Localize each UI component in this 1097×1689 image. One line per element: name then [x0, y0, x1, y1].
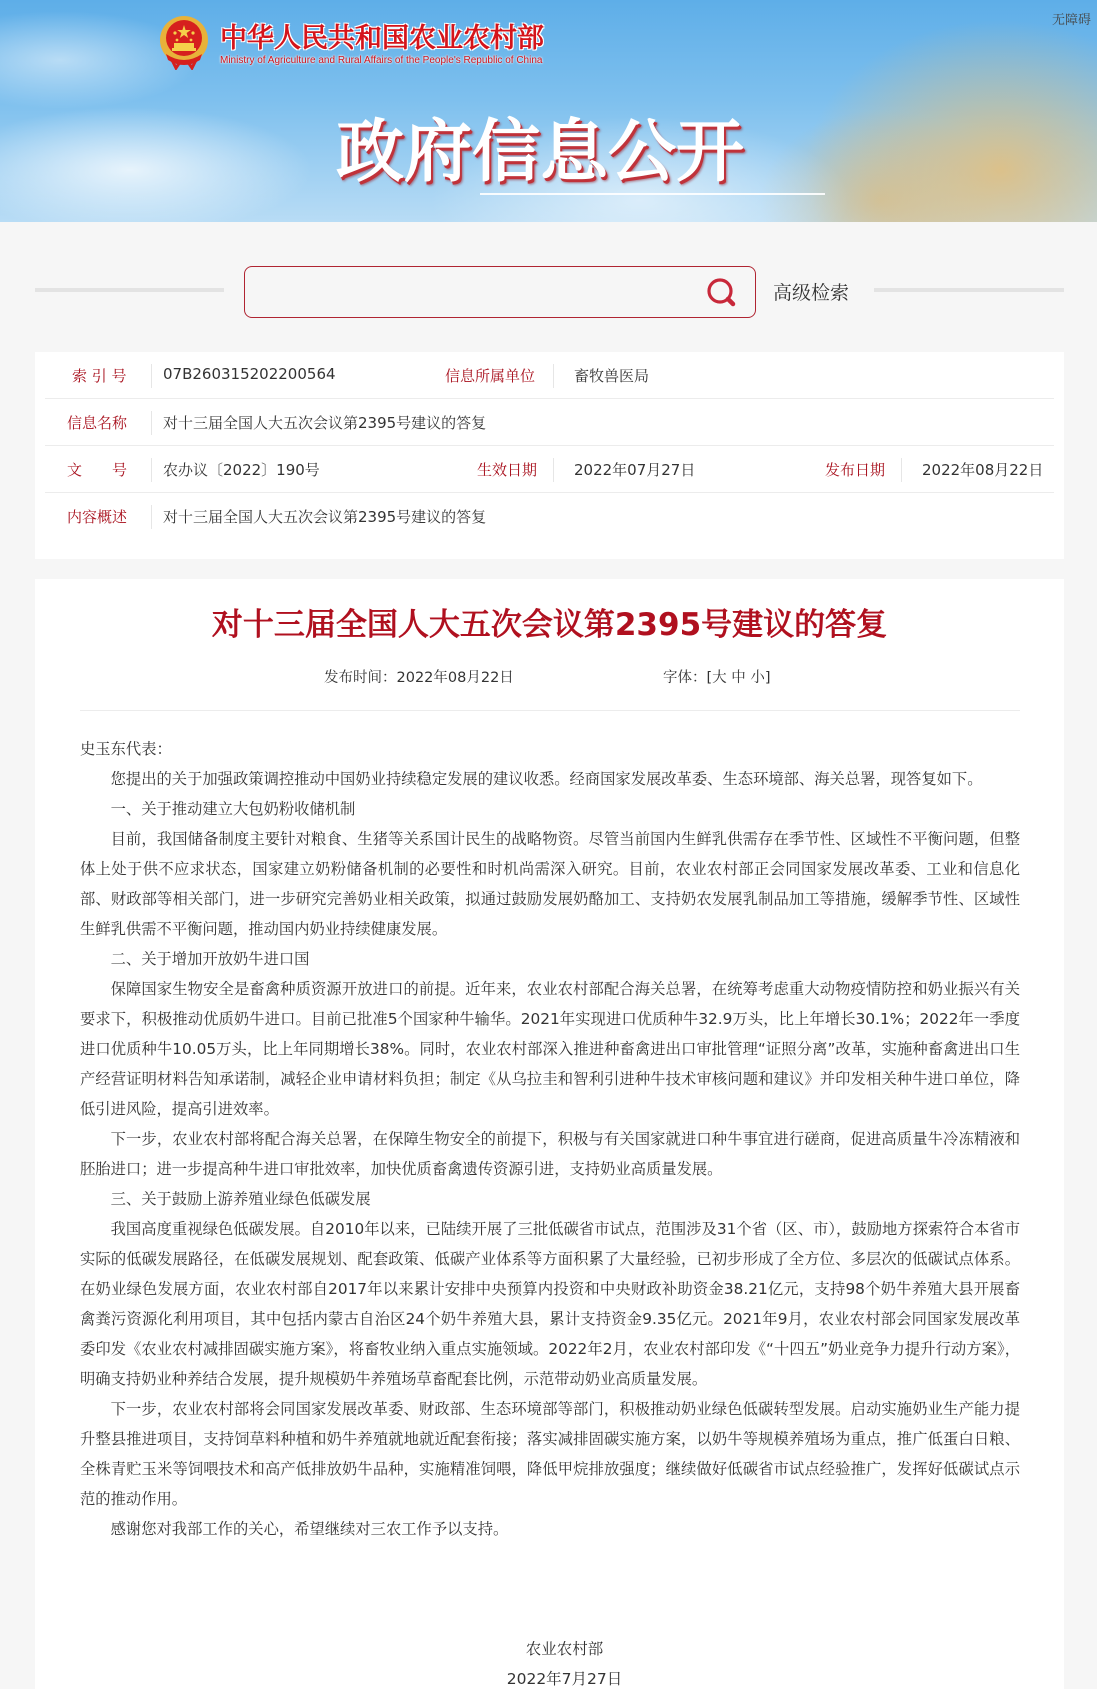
info-row-docno: 文 号 农办议〔2022〕190号 生效日期 2022年07月27日 发布日期 …: [45, 446, 1054, 493]
banner-title: 政府信息公开: [336, 98, 744, 195]
search-icon[interactable]: [705, 276, 739, 310]
info-row-name: 信息名称 对十三届全国人大五次会议第2395号建议的答复: [45, 399, 1054, 446]
summary-label: 内容概述: [67, 506, 127, 527]
closing-paragraph: 感谢您对我部工作的关心，希望继续对三农工作予以支持。: [80, 1514, 1020, 1544]
section-heading: 三、关于鼓励上游养殖业绿色低碳发展: [80, 1184, 1020, 1214]
summary-value: 对十三届全国人大五次会议第2395号建议的答复: [163, 506, 486, 527]
info-row-index: 索 引 号 07B260315202200564 信息所属单位 畜牧兽医局: [45, 352, 1054, 399]
divider: [553, 364, 554, 388]
decorative-line-right: [874, 288, 1064, 292]
paragraph: 保障国家生物安全是畜禽种质资源开放进口的前提。近年来，农业农村部配合海关总署，在…: [80, 974, 1020, 1124]
signature-date: 2022年7月27日: [35, 1667, 1064, 1689]
info-row-summary: 内容概述 对十三届全国人大五次会议第2395号建议的答复: [45, 493, 1054, 540]
index-label: 索 引 号: [72, 365, 127, 386]
publish-time: 发布时间：2022年08月22日: [324, 666, 514, 687]
divider: [151, 411, 152, 435]
index-value: 07B260315202200564: [163, 365, 336, 383]
publish-date-label: 发布日期: [825, 459, 885, 480]
name-value: 对十三届全国人大五次会议第2395号建议的答复: [163, 412, 486, 433]
section-heading: 一、关于推动建立大包奶粉收储机制: [80, 794, 1020, 824]
article-card: 对十三届全国人大五次会议第2395号建议的答复 发布时间：2022年08月22日…: [35, 579, 1064, 1689]
signature-org: 农业农村部: [35, 1637, 1064, 1659]
paragraph: 您提出的关于加强政策调控推动中国奶业持续稳定发展的建议收悉。经商国家发展改革委、…: [80, 764, 1020, 794]
article-divider: [80, 710, 1020, 711]
banner-underline-divider: [480, 193, 825, 195]
unit-label: 信息所属单位: [445, 365, 535, 386]
national-emblem-icon: [158, 14, 210, 70]
section-heading: 二、关于增加开放奶牛进口国: [80, 944, 1020, 974]
paragraph: 目前，我国储备制度主要针对粮食、生猪等关系国计民生的战略物资。尽管当前国内生鲜乳…: [80, 824, 1020, 944]
ministry-name-en: Ministry of Agriculture and Rural Affair…: [220, 55, 542, 66]
font-medium-button[interactable]: 中: [731, 670, 746, 686]
article-body: 史玉东代表： 您提出的关于加强政策调控推动中国奶业持续稳定发展的建议收悉。经商国…: [80, 734, 1020, 1544]
font-large-button[interactable]: 大: [712, 670, 727, 686]
article-title: 对十三届全国人大五次会议第2395号建议的答复: [35, 599, 1064, 644]
paragraph: 下一步，农业农村部将配合海关总署，在保障生物安全的前提下，积极与有关国家就进口种…: [80, 1124, 1020, 1184]
decorative-line-left: [35, 288, 224, 292]
effective-date-value: 2022年07月27日: [574, 459, 695, 480]
divider: [151, 364, 152, 388]
accessibility-link[interactable]: 无障碍: [1052, 9, 1091, 28]
publish-time-value: 2022年08月22日: [397, 670, 514, 686]
search-input[interactable]: [255, 275, 675, 309]
paragraph: 我国高度重视绿色低碳发展。自2010年以来，已陆续开展了三批低碳省市试点，范围涉…: [80, 1214, 1020, 1394]
unit-value: 畜牧兽医局: [574, 365, 649, 386]
salutation: 史玉东代表：: [80, 734, 1020, 764]
effective-date-label: 生效日期: [477, 459, 537, 480]
font-small-button[interactable]: 小: [750, 670, 765, 686]
publish-date-value: 2022年08月22日: [922, 459, 1043, 480]
doc-no-value: 农办议〔2022〕190号: [163, 459, 320, 480]
divider: [553, 458, 554, 482]
document-info-table: 索 引 号 07B260315202200564 信息所属单位 畜牧兽医局 信息…: [35, 352, 1064, 559]
font-size-label: 字体：: [663, 670, 707, 686]
divider: [151, 505, 152, 529]
ministry-name-cn[interactable]: 中华人民共和国农业农村部: [220, 16, 544, 55]
bracket-close: ]: [765, 670, 771, 686]
advanced-search-link[interactable]: 高级检索: [773, 278, 849, 305]
doc-no-label: 文 号: [67, 459, 127, 480]
font-size-switcher: 字体：[大 中 小]: [663, 666, 771, 687]
site-banner: 中华人民共和国农业农村部 Ministry of Agriculture and…: [0, 0, 1097, 222]
divider: [901, 458, 902, 482]
paragraph: 下一步，农业农村部将会同国家发展改革委、财政部、生态环境部等部门，积极推动奶业绿…: [80, 1394, 1020, 1514]
divider: [151, 458, 152, 482]
search-box: [244, 266, 756, 318]
name-label: 信息名称: [67, 412, 127, 433]
publish-time-label: 发布时间：: [324, 670, 397, 686]
